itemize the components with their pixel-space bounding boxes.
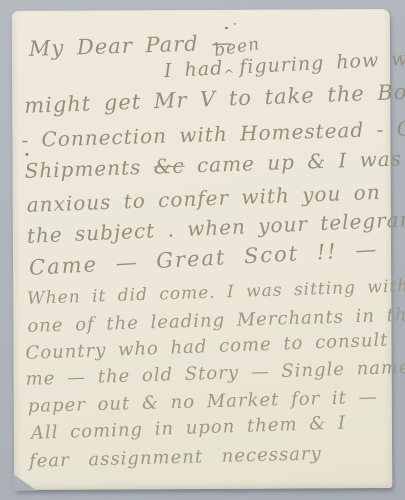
struck-out-word: &c bbox=[153, 154, 185, 179]
paper-speck bbox=[234, 23, 236, 25]
handwritten-line-with-strikeout: Shipments &c came up & I was bbox=[24, 146, 402, 183]
handwritten-line: might get Mr V to take the Bonds bbox=[24, 78, 405, 118]
handwritten-line: When it did come. I was sitting with bbox=[27, 276, 405, 309]
insertion-mark: been^ bbox=[223, 54, 240, 74]
handwritten-line: - Connection with Homestead - Coke bbox=[21, 115, 405, 152]
clipped-corner bbox=[13, 474, 37, 491]
shipments-before: Shipments bbox=[24, 155, 154, 183]
insertion-line-after: figuring how we bbox=[239, 47, 405, 78]
caret-icon: ^ bbox=[223, 68, 236, 84]
handwritten-line: fear assignment necessary bbox=[29, 443, 322, 472]
photo-background: My Dear Pard — I hadbeen^figuring how we… bbox=[0, 0, 405, 500]
handwritten-line: All coming in upon them & I bbox=[31, 412, 347, 443]
insertion-line-before: I had bbox=[164, 57, 224, 82]
paper-speck bbox=[225, 27, 228, 29]
letter-paper: My Dear Pard — I hadbeen^figuring how we… bbox=[12, 9, 393, 490]
shipments-after: came up & I was bbox=[184, 146, 402, 177]
paper-speck bbox=[25, 153, 28, 156]
